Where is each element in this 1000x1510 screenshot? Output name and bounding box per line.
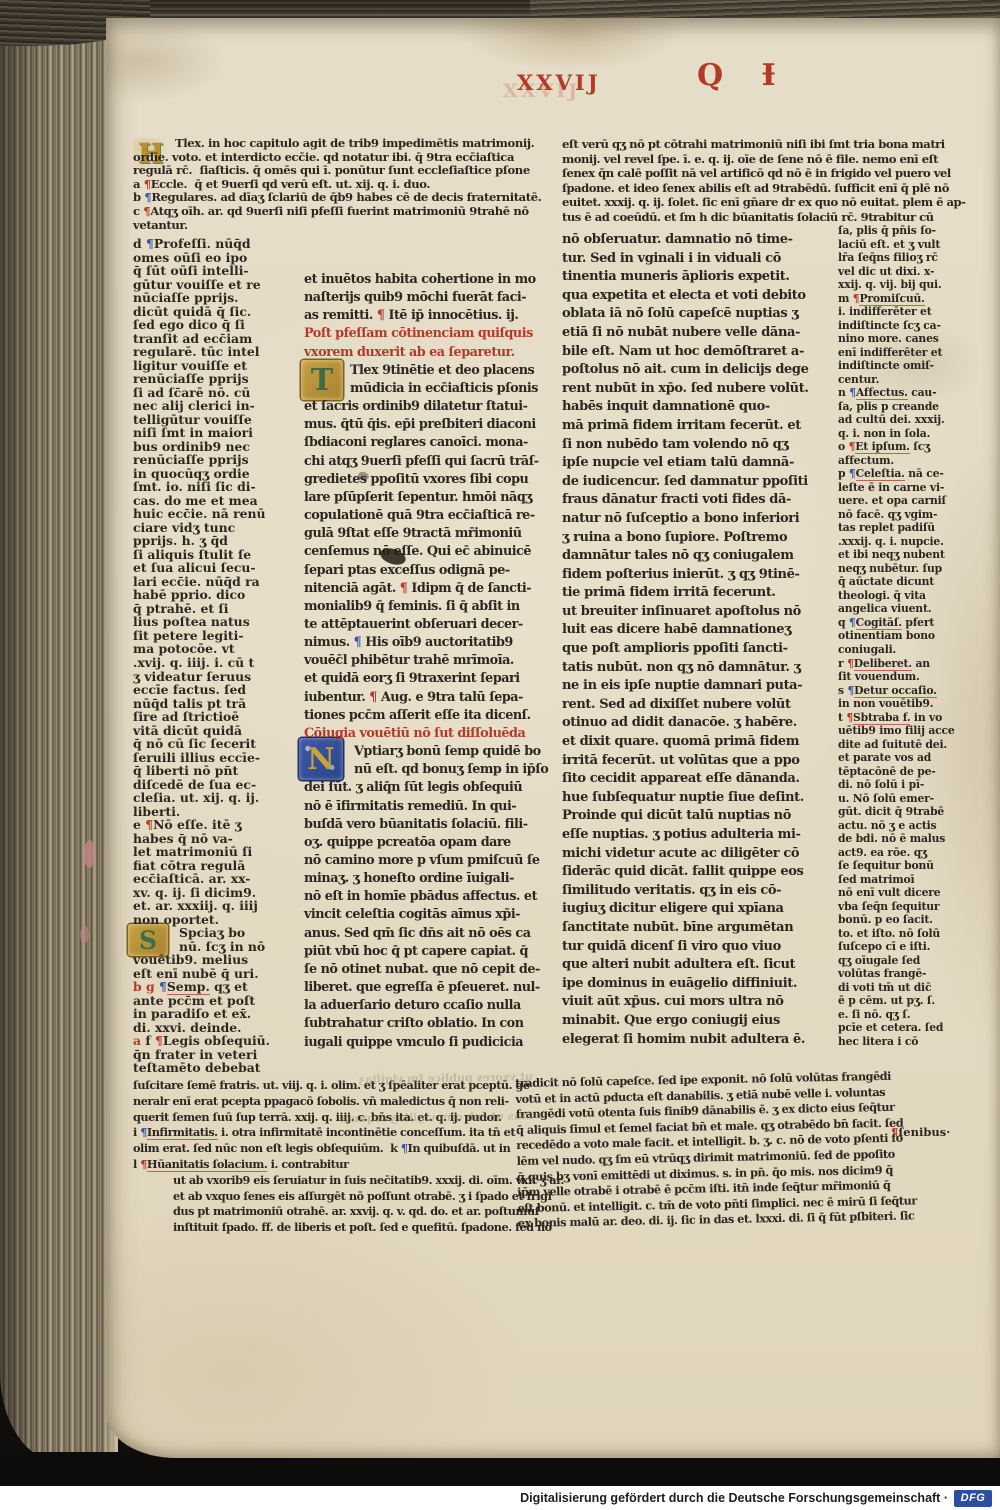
text-segment: r [838, 657, 847, 670]
text-line: s ¶Detur occaſio. [838, 684, 956, 698]
text-line: et ibi neqʒ nubent [838, 548, 956, 562]
text-line: gulā 9ſtat eſſe 9tractā mr̄imoniū [304, 525, 542, 543]
text-line: ipe dominus in euāgelio diffiniuit. [562, 975, 835, 994]
text-line: bus ordinib9 nec [133, 440, 303, 454]
text-line: t ¶Sbtraba f. in vo [838, 711, 956, 725]
text-line: otinentiam bono [838, 629, 956, 643]
text-line: nō facē. qʒ vgim- [838, 508, 956, 522]
text-segment: Nō eſſe. itē ʒ [153, 817, 242, 832]
text-line: ſanctitate nubūt. bīne argumētan [562, 919, 835, 938]
text-line: renūciaſſe pprijs [133, 453, 303, 467]
text-segment: Deliberet. [854, 657, 912, 671]
text-line: qua expetita et electa et voti debito [562, 287, 835, 306]
book-page-edges-left [0, 0, 118, 1462]
text-line: nō ē īfirmitatis remediū. In qui- [304, 798, 542, 816]
text-line: euitet. xxxij. q. ij. ſolet. ſic enī gn̄… [562, 195, 956, 210]
text-line: ſa, plis p creande [838, 400, 956, 414]
text-segment: iubentur. [304, 690, 369, 705]
text-line: tur quidā dicenſ ſi viro quo viuo [562, 938, 835, 957]
text-line: tranſit ad ecc̄iam [133, 332, 303, 346]
text-line: chi atqʒ 9uerſi pfeſſi qui ſacrū trāſ- [304, 453, 542, 471]
text-segment: d [133, 236, 146, 251]
text-line: q̄ liberti nō pn̄t [133, 764, 303, 778]
text-line: ſed ego dico q̄ ſi [133, 318, 303, 332]
text-line: vouēc̄l phibētur trahē mrīmoīa. [304, 652, 542, 670]
text-line: de iudicencur. ſed damnatur ppoſiti [562, 473, 835, 492]
text-line: ſiderāc quid dicāt. fallit quippe eos [562, 863, 835, 882]
text-line: ſi non nubēdo tam volendo nō qʒ [562, 436, 835, 455]
text-line: que alteri nubit adultera eſt. ſicut [562, 956, 835, 975]
text-line: m ¶Promiſcuū. [838, 292, 956, 306]
text-line: actu. nō ʒ e actis [838, 819, 956, 833]
text-line: nō eſt in homīe pbādus affectus. et [304, 888, 542, 906]
bleedthrough-line: mus ut ſub oīm vigiliaʒ requma [318, 1109, 533, 1126]
text-line: laciū eſt. et ʒ vult [838, 238, 956, 252]
text-line: ipſe nupcie vel etiam talū damnā- [562, 454, 835, 473]
text-line: q̄ nō cū ſic ſecerit [133, 737, 303, 751]
text-line: viuit aūt xp̄us. cui mors ultra nō [562, 993, 835, 1012]
text-line: nū eſt. qd bonuʒ ſemp in ip̄ſo [304, 761, 542, 779]
text-line: uere. et opa carniſ [838, 494, 956, 508]
text-line: etiā ſi nō nubāt nubere velle dāna- [562, 324, 835, 343]
text-line: niſi ſmt in maiori [133, 426, 303, 440]
text-line: dei ſūt. ʒ aliq̄n ſūt legis obſequiū [304, 779, 542, 797]
text-line: ſpadone. et ideo ſenex abilis eſt ad 9tr… [562, 181, 956, 196]
text-line: habē pprio. dico [133, 588, 303, 602]
pilcrow-mark: ¶ [377, 308, 385, 323]
text-line: la aduerſario deturo ccaſio nulla [304, 997, 542, 1015]
text-segment: m [838, 292, 853, 305]
text-line: ſmt. io. niſi ſic di- [133, 480, 303, 494]
pilcrow-mark: ¶ [140, 1157, 147, 1171]
pilcrow-mark: ¶ [847, 657, 854, 670]
text-line: ad cultū dei. xxxij. [838, 413, 956, 427]
text-line: tatis nubūt. non qʒ nō damnātur. ʒ [562, 659, 835, 678]
text-line: piūt vbū hoc q̄ pt capere capiat. q̄ [304, 943, 542, 961]
text-line: vouētib9. melius [133, 953, 303, 967]
text-line: affectum. [838, 454, 956, 468]
text-line: ſe ſequitur bonū [838, 859, 956, 873]
text-line: theologi. q̄ vita [838, 589, 956, 603]
text-line: dus pt matrimoniū otrahē. ar. xxvij. q. … [133, 1204, 543, 1220]
top-left-gloss-block: Tlex. in hoc capitulo agit de trib9 impe… [133, 137, 537, 232]
text-line: q ¶Cogitāſ. pfert [838, 616, 956, 630]
text-line: telligūtur vouiſſe [133, 413, 303, 427]
text-line: ¶ſenibus· [891, 1126, 961, 1139]
text-line: in quocūqʒ ordie [133, 467, 303, 481]
text-line: liberti. [133, 805, 303, 819]
middle-text-column: et inuētos habita cohertione in monaſter… [304, 271, 542, 1052]
text-line: renūciaſſe pprijs [133, 372, 303, 386]
text-line: rent. Sed ad dixiſſet nubere volūt [562, 696, 835, 715]
text-line: lr̄a ſeq̄ns filioʒ rc̄ [838, 251, 956, 265]
text-line: xxij. q. vij. bij qui. [838, 278, 956, 292]
text-line: b ¶Regulares. ad dīaʒ ſclariū de q̄b9 ha… [133, 191, 537, 205]
text-line: .xvij. q. iiij. i. cū t [133, 656, 303, 670]
text-line: Proinde qui dicūt talū nuptias nō [562, 807, 835, 826]
text-line: teſtamēto debebat [133, 1061, 303, 1075]
text-line: tas replet padiſū [838, 521, 956, 535]
pilcrow-mark: ¶ [849, 616, 856, 629]
text-line: ma potocōe. vt [133, 642, 303, 656]
text-line: hue ſubſequatur nuptie ſiue deſint. [562, 789, 835, 808]
text-line: regulā rc̄. ſiaſticis. q̄ omēs qui ī. po… [133, 164, 537, 178]
text-segment: ſcʒ [910, 440, 930, 453]
text-line: vincit celeſtia cogitās aīmus xp̄i- [304, 906, 542, 924]
text-line: .xxxij. q. i. nupcie. [838, 535, 956, 549]
text-line: minabit. Que ergo coniugij eius [562, 1012, 835, 1031]
text-line: otinuo ad didit danacōe. ʒ habēre. [562, 714, 835, 733]
text-line: u. Nō ſolū emer- [838, 792, 956, 806]
text-line: b g ¶Semp. qʒ et [133, 980, 303, 994]
text-line: cas. do me et mea [133, 494, 303, 508]
text-line: diſcedē de ſua ec- [133, 778, 303, 792]
text-line: q̄ aūctate dicunt [838, 575, 956, 589]
text-line: indiſtincte ſcʒ ca- [838, 319, 956, 333]
text-line: iubentur. ¶ Aug. e 9tra talū ſepa- [304, 689, 542, 707]
text-segment: an [912, 657, 930, 670]
text-line: ſe nō otinet nubat. que nō cepit de- [304, 961, 542, 979]
credit-text: Digitalisierung gefördert durch die Deut… [520, 1491, 948, 1505]
text-segment: a [133, 177, 144, 191]
text-segment: Regulares. ad dīaʒ ſclariū de q̄b9 habes… [151, 190, 541, 204]
text-line: Tlex. in hoc capitulo agit de trib9 impe… [133, 137, 537, 151]
text-segment: Atqʒ oīh. ar. qd 9uerſi niſi pfeſſi fuer… [150, 204, 528, 218]
text-line: ſenex q̄n calē poſſit nā vel artificō qd… [562, 166, 956, 181]
text-line: oblata iā nō ſolū capeſcē nuptias ʒ [562, 305, 835, 324]
text-line: l ¶Hūanitatis ſolacium. i. contrabitur [133, 1157, 543, 1173]
text-line: ſi aliquis ſtulit ſe [133, 548, 303, 562]
text-segment: His oīb9 auctoritatib9 [361, 635, 513, 650]
text-line: ligitur vouiſſe et [133, 359, 303, 373]
text-line: nū. ſcʒ in nō [133, 940, 303, 954]
text-segment: nā ce- [905, 467, 944, 480]
text-line: et quidā eorʒ ſi 9traxerint ſepari [304, 670, 542, 688]
text-line: et parate vos ad [838, 751, 956, 765]
text-line: gūtur vouiſſe et re [133, 278, 303, 292]
pilcrow-mark: ¶ [146, 236, 154, 251]
text-line: ne in eis ipſe nuptie damnari puta- [562, 677, 835, 696]
text-line: n ¶Affectus. cau- [838, 386, 956, 400]
text-segment: q [838, 616, 849, 629]
text-line: dite ad ſuitutē dei. [838, 738, 956, 752]
text-line: di. xxvi. deinde. [133, 1021, 303, 1035]
text-line: to. et iſto. nō ſolū [838, 927, 956, 941]
pilcrow-mark: ¶ [144, 177, 151, 191]
text-segment: p [838, 467, 849, 480]
text-segment: Infirmitatis. [147, 1125, 218, 1140]
text-line: di voti tm̄ ut dic̄ [838, 981, 956, 995]
text-line: qʒ oīugale ſed [838, 954, 956, 968]
text-line: rent nubūt in xp̄o. ſed nubere volūt. [562, 380, 835, 399]
text-line: que poſt amplioris ppoſiti ſancti- [562, 640, 835, 659]
text-segment: regulā rc̄. [133, 163, 199, 177]
text-line: tus ē ad coeūdū. et ſm h dic būanitatis … [562, 210, 956, 225]
text-segment: pfert [902, 616, 934, 629]
text-segment: in vo [910, 711, 942, 724]
text-line: Poſt pfeſſam cōtinenciam quiſquis [304, 325, 542, 343]
text-line: de bdi. nō ē malus [838, 832, 956, 846]
text-line: ʒ ruina a bono ſupiore. Poſtremo [562, 529, 835, 548]
text-line: minaʒ. ʒ honeſto ordine īuigali- [304, 870, 542, 888]
text-line: gūt. dicit q̄ 9trabē [838, 805, 956, 819]
text-line: r ¶Deliberet. an [838, 657, 956, 671]
text-segment: ſiaſticis. q̄ omēs qui ī. ponūtur ſunt e… [199, 163, 529, 177]
text-line: lari ecc̄ie. nūq̄d ra [133, 575, 303, 589]
text-line: ut breuiter inſinuaret apoſtolus nō [562, 603, 835, 622]
text-line: liberet. que egreſſa ē pſeueret. nul- [304, 979, 542, 997]
text-line: ante pcc̄m et poſt [133, 994, 303, 1008]
text-line: ſito cecidit appareat eſſe dānanda. [562, 770, 835, 789]
text-line: in non vouētib9. [838, 697, 956, 711]
text-line: et inuētos habita cohertione in mo [304, 271, 542, 289]
text-line: bonū. p eo ſacit. [838, 913, 956, 927]
text-line: ſit vouendum. [838, 670, 956, 684]
text-line: tie primā fidem irritā fecerunt. [562, 584, 835, 603]
text-line: et. ar. xxxiij. q. iiij [133, 899, 303, 913]
pilcrow-mark: ¶ [369, 690, 377, 705]
text-segment: o [838, 440, 849, 453]
text-line: tiones pcc̄m aſſerit eſſe ita dicenſ. [304, 707, 542, 725]
text-line: monij. vel revel ſpe. ī. e. q. ij. oīe d… [562, 152, 956, 167]
text-line: vel dic ut dixi. x- [838, 265, 956, 279]
text-line: angelica viuent. [838, 602, 956, 616]
text-line: nūciaſſe pprijs. [133, 291, 303, 305]
text-line: nō obſeruatur. damnatio nō time- [562, 231, 835, 250]
text-line: dicūt quidā q̄ ſic. [133, 305, 303, 319]
text-line: mus. q̄tū q̄is. ep̄i preſbiteri diaconi [304, 416, 542, 434]
text-line: hec litera i cō [838, 1035, 956, 1049]
text-line: a f ¶Legis obſequiū. [133, 1034, 303, 1048]
text-line: mā primā fidem irritam fecerūt. et [562, 417, 835, 436]
bleedthrough-line: ut vxores publice ſm vigiliaʒ [318, 1070, 533, 1087]
text-segment: Promiſcuū. [859, 292, 924, 306]
text-segment: cau- [908, 386, 937, 399]
text-line: ſi ad ſc̄arē nō. cū [133, 386, 303, 400]
text-line: naſterijs quib9 mōchi fuerāt faci- [304, 289, 542, 307]
dfg-logo: DFG [954, 1490, 992, 1507]
text-line: oʒ. quippe pcreatōa opam dare [304, 834, 542, 852]
text-segment: ſenibus· [898, 1125, 950, 1139]
text-line: iugiuʒ dicitur eligere qui xpīana [562, 900, 835, 919]
bottom-right-gloss-block: tradicit nō ſolū capeſce. ſed ipe exponi… [515, 1068, 954, 1232]
text-segment: Idipm q̄ de ſancti- [407, 581, 531, 596]
text-line: e. ſi nō. qʒ ſ. [838, 1008, 956, 1022]
text-line: vitā dicūt quidā [133, 724, 303, 738]
text-segment: n [838, 386, 849, 399]
text-line: fiat cōtra regulā [133, 859, 303, 873]
text-line: eccīe factus. ſed [133, 683, 303, 697]
text-line: pprijs. h. ʒ q̄d [133, 534, 303, 548]
text-line: di. nō ſolū i pī- [838, 778, 956, 792]
text-line: nūq̄d talis pt trā [133, 697, 303, 711]
text-segment: Detur occaſio. [854, 684, 937, 698]
text-line: eſt enī nubē q̄ uri. [133, 967, 303, 981]
text-line: in paradiſo et ex̄. [133, 1007, 303, 1021]
text-segment: b [133, 190, 144, 204]
text-line: d ¶Profeſſi. nūq̄d [133, 237, 303, 251]
text-line: q̄ ptrahē. et ſi [133, 602, 303, 616]
text-line: nimus. ¶ His oīb9 auctoritatib9 [304, 634, 542, 652]
folio-number: XXVIJ [517, 70, 601, 95]
pilcrow-mark: ¶ [849, 467, 856, 480]
text-line: vetantur. [133, 219, 537, 233]
text-line: as remitti. ¶ Itē ip̄ innocētius. ij. [304, 307, 542, 325]
text-line: cenſemus nō eſſe. Qui ec̄ abinuicē [304, 543, 542, 561]
text-line: ciare vidʒ tunc [133, 521, 303, 535]
text-line: act9. ea rōe. qʒ [838, 846, 956, 860]
edge-pink-mark [84, 840, 95, 868]
text-line: regularē. tūc intel [133, 345, 303, 359]
text-line: ecc̄iaſticā. ar. xx- [133, 872, 303, 886]
text-line: ſa, plis q̄ pn̄is ſo- [838, 224, 956, 238]
text-line: let matrimoniū ſi [133, 845, 303, 859]
edge-pink-mark-small [80, 926, 89, 943]
text-line: p ¶Celeſtia. nā ce- [838, 467, 956, 481]
text-line: nec alij clerici in- [133, 399, 303, 413]
text-line: ſit petere legiti- [133, 629, 303, 643]
text-line: ordīe. voto. et interdicto ecc̄ie. qd no… [133, 151, 537, 165]
text-line: luit eas dicere habē damnationeʒ [562, 621, 835, 640]
text-line: volūtas frangē- [838, 967, 956, 981]
text-line: centur. [838, 373, 956, 387]
text-line: a ¶Eccle. q̄ et 9uerſi qd verū eſt. ut. … [133, 178, 537, 192]
text-line: ſed matrimoī [838, 873, 956, 887]
quaestio-header: Q Ɨ [697, 58, 790, 93]
text-line: mūdicia in ecc̄iaſticis pſonis [304, 380, 542, 398]
text-segment: Affectus. [856, 386, 908, 400]
text-line: gredietes ppoſitū vxores ſibi copu [304, 471, 542, 489]
text-line: indiſtincte omiſ- [838, 359, 956, 373]
text-line: elegerat ſi homim nubit adultera ē. [562, 1031, 835, 1050]
manuscript-scan: XXVIJ XXVIJ Q Ɨ H T N S Tlex. in hoc cap… [0, 0, 1000, 1510]
text-line: nitenciā agāt. ¶ Idipm q̄ de ſancti- [304, 580, 542, 598]
text-segment: Profeſſi. nūq̄d [154, 236, 251, 251]
text-segment: Sbtraba f. [853, 711, 910, 725]
text-line: omes oūſi eo ipo [133, 251, 303, 265]
pilcrow-mark: ¶ [145, 817, 153, 832]
text-line: ſepari ptas exceſſus odignā pe- [304, 562, 542, 580]
text-line: fidem poſterius inierūt. ʒ qʒ 9tinē- [562, 566, 835, 585]
text-line: nō camino more p vſum pmiſcuū ſe [304, 852, 542, 870]
text-line: non oportet. [133, 913, 303, 927]
text-line: ſuſcepo cī e iſti. [838, 940, 956, 954]
text-line: c ¶Atqʒ oīh. ar. qd 9uerſi niſi pfeſſi f… [133, 205, 537, 219]
text-segment: Eccle. q̄ et 9uerſi qd verū eſt. ut. xij… [151, 177, 430, 191]
text-line: fraus dānatur fracti voti fides dā- [562, 491, 835, 510]
text-segment: Et ipſum. [855, 440, 910, 454]
text-line: bile eſt. Nam ut hoc demōſtraret a- [562, 343, 835, 362]
text-line: coniugali. [838, 643, 956, 657]
text-line: neqʒ nubētur. ſup [838, 562, 956, 576]
text-line: habes q̄ nō va- [133, 832, 303, 846]
text-line: vxorem duxerit ab ea ſeparetur. [304, 344, 542, 362]
text-line: tinentia muneris āplioris expetit. [562, 268, 835, 287]
text-line: Cōiugia vouētiū nō ſut diſſoluēda [304, 725, 542, 743]
text-line: vba ſeq̄n ſequitur [838, 900, 956, 914]
text-line: xv. q. ij. ſi dicim9. [133, 886, 303, 900]
text-line: michi videtur acute ac diligēter cō [562, 845, 835, 864]
right-text-column: nō obſeruatur. damnatio nō time-tur. Sed… [562, 231, 835, 1049]
text-line: ſeruili illius eccīe- [133, 751, 303, 765]
text-line: ſbdiaconi reglares canoīci. mona- [304, 434, 542, 452]
text-line: Spciaʒ bo [133, 926, 303, 940]
text-line: eſt verū qʒ nō pt cōtrahi matrimoniū niſ… [562, 137, 956, 152]
text-line: natur nō ſuſceptio a bono inferiori [562, 510, 835, 529]
text-line: copulationē quā 9tra ecc̄iaſticā re- [304, 507, 542, 525]
text-line: i. indifferēter et [838, 305, 956, 319]
pilcrow-mark: ¶ [140, 1125, 147, 1139]
text-line: cleſia. ut. xij. q. ij. [133, 791, 303, 805]
right-margin-gloss-column: ſa, plis q̄ pn̄is ſo-laciū eſt. et ʒ vul… [838, 224, 956, 1048]
text-line: ē p cēm. ut pʒ. ſ. [838, 994, 956, 1008]
text-line: ʒ videatur ſeruus [133, 670, 303, 684]
text-line: ſubtrahatur criſto oblatio. In con [304, 1015, 542, 1033]
text-segment: Aug. e 9tra talū ſepa- [377, 690, 523, 705]
text-line: damnātur tales nō qʒ coniugalem [562, 547, 835, 566]
text-segment: as remitti. [304, 308, 377, 323]
text-segment: e [133, 817, 145, 832]
text-line: habēs inquit damnationē quo- [562, 398, 835, 417]
text-line: huic ecc̄ie. nā renū [133, 507, 303, 521]
text-segment: Hūanitatis ſolacium. [147, 1157, 267, 1172]
text-line: tēptacōnē de pe- [838, 765, 956, 779]
text-line: ſire ad ſtrictioē [133, 710, 303, 724]
text-segment: c [133, 204, 143, 218]
digitization-credit-bar: Digitalisierung gefördert durch die Deut… [0, 1486, 1000, 1510]
text-segment: Celeſtia. [856, 467, 905, 481]
text-line: anus. Sed qm̄ ſic dn̄s ait nō oēs ca [304, 925, 542, 943]
text-line: q̄ ſūt oūſi intelli- [133, 264, 303, 278]
text-line: e ¶Nō eſſe. itē ʒ [133, 818, 303, 832]
text-line: irritā fecerūt. ut volūtas que a ppo [562, 752, 835, 771]
pilcrow-mark: ¶ [849, 386, 856, 399]
text-line: Vptiarʒ bonū ſemp quidē bo [304, 743, 542, 761]
text-line: ut ab vxorib9 eis ſeruiatur in ſuis nec̄… [133, 1173, 543, 1189]
text-line: eſſe nuptias. ʒ potius adulteria mi- [562, 826, 835, 845]
text-line: nō enī vult dicere [838, 886, 956, 900]
text-line: poſtolus nō ait. cum in delicijs dege [562, 361, 835, 380]
text-line: uētib9 imo filij acce [838, 724, 956, 738]
text-line: et ſua alicui ſecu- [133, 561, 303, 575]
text-line: enī indifferēter et [838, 346, 956, 360]
text-segment: Itē ip̄ innocētius. ij. [385, 308, 519, 323]
top-right-gloss-block: eſt verū qʒ nō pt cōtrahi matrimoniū niſ… [562, 137, 956, 224]
text-segment: nimus. [304, 635, 354, 650]
text-line: et ab vxquo ſenes eis aſſurgēt nō poſſun… [133, 1189, 543, 1205]
text-segment: i. contrabitur [267, 1157, 348, 1171]
marginal-catchword: ¶ſenibus· [891, 1126, 961, 1139]
text-segment: Cogitāſ. [856, 616, 902, 630]
text-line: lare pſūpſerit ſepentur. hmōi nāqʒ [304, 489, 542, 507]
text-line: buſdā vero būanitatis ſolaciū. fili- [304, 816, 542, 834]
text-line: o ¶Et ipſum. ſcʒ [838, 440, 956, 454]
text-line: leſte ē in carne vi- [838, 481, 956, 495]
text-line: tur. Sed in vginali i in viduali cō [562, 250, 835, 269]
text-line: monialib9 q̄ feminis. ſi q̄ abſit in [304, 598, 542, 616]
text-line: nino more. canes [838, 332, 956, 346]
text-line: et dixit quare. quomā primā fidem [562, 733, 835, 752]
text-line: Tlex 9tinētie et deo placens [304, 362, 542, 380]
text-line: et ſacris ordinib9 dilatetur ſtatui- [304, 398, 542, 416]
text-line: pcīe et cetera. ſed [838, 1021, 956, 1035]
text-line: te attēptauerint obſeruari decer- [304, 616, 542, 634]
text-line: inſtituit ſpado. ff. de liberis et poſt.… [133, 1220, 543, 1236]
left-gloss-column: d ¶Profeſſi. nūq̄domes oūſi eo ipoq̄ ſūt… [133, 237, 303, 1075]
text-line: q̄n frater in veteri [133, 1048, 303, 1062]
text-line: q. i. non in ſola. [838, 427, 956, 441]
text-segment: nitenciā agāt. [304, 581, 400, 596]
